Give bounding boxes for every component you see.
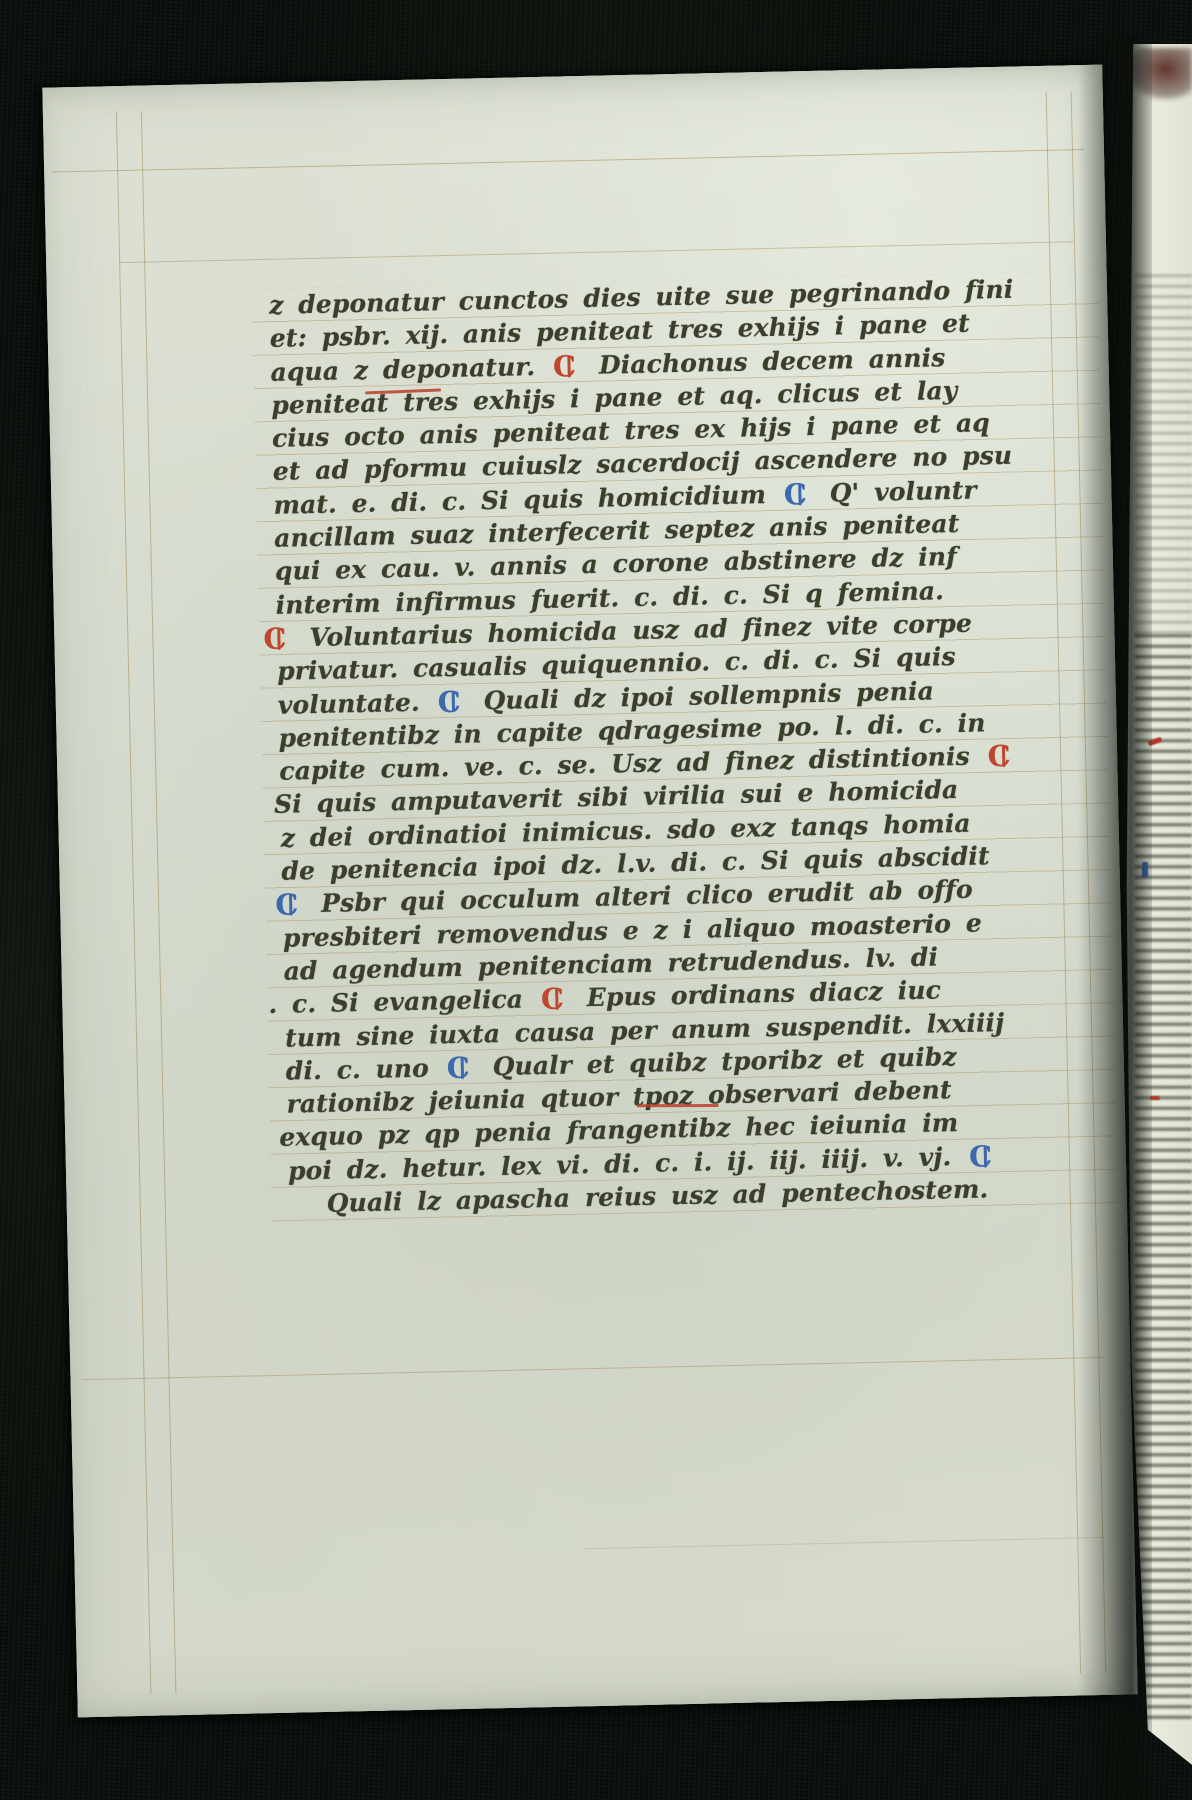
text-segment: Diachonus decem annis [584,343,946,380]
capitulum-blue-icon [275,892,299,918]
manuscript-page: z deponatur cunctos dies uite sue pegrin… [42,65,1137,1718]
ruling-horizontal-second [119,241,1074,263]
ruling-horizontal-lower-faint [584,1537,1104,1549]
capitulum-blue-icon [446,1054,470,1080]
text-segment: aqua z deponatur. [270,351,550,386]
capitulum-red-icon [987,743,1011,769]
ruling-horizontal-bottom [83,1357,1105,1380]
capitulum-red-icon [263,626,287,652]
text-segment: . c. Si evangelica [268,984,538,1019]
text-segment: voluntate. [278,687,435,719]
capitulum-red-icon [553,353,577,379]
manuscript-text-block: z deponatur cunctos dies uite sue pegrin… [269,271,1089,1221]
gutter-shadow [1078,36,1152,1800]
ruling-horizontal-top [52,149,1084,173]
capitulum-red-icon [541,986,565,1012]
text-segment: Epus ordinans diacz iuc [572,976,941,1013]
red-underline-mark [637,1104,719,1107]
text-segment: di. c. uno [286,1053,444,1085]
text-segment: Q' voluntr [815,475,977,508]
capitulum-blue-icon [783,481,807,507]
capitulum-blue-icon [437,688,461,714]
capitulum-blue-icon [969,1143,993,1169]
